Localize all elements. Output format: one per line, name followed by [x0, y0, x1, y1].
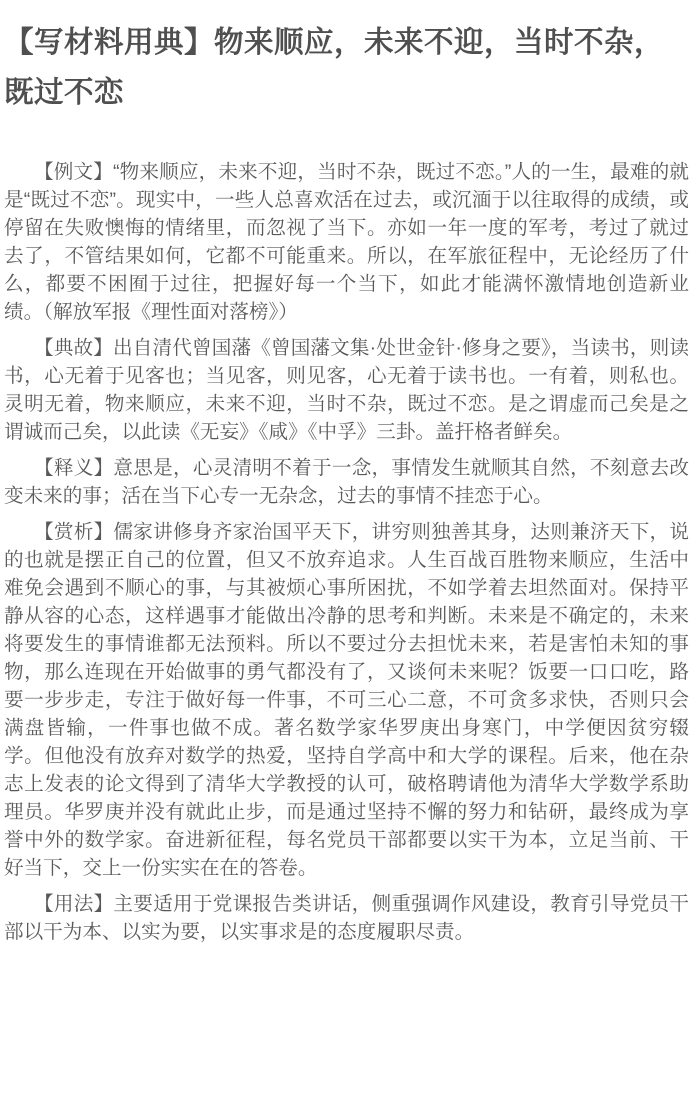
article-title: 【写材料用典】物来顺应，未来不迎，当时不杂，既过不恋 [4, 18, 689, 118]
article-page: 【写材料用典】物来顺应，未来不迎，当时不杂，既过不恋 【例文】“物来顺应，未来不… [0, 0, 693, 1097]
paragraph-diangu: 【典故】出自清代曾国藩《曾国藩文集·处世金针·修身之要》，当读书，则读书，心无着… [4, 334, 689, 446]
paragraph-liwen: 【例文】“物来顺应，未来不迎，当时不杂，既过不恋。”人的一生，最难的就是“既过不… [4, 158, 689, 326]
paragraph-shangxi: 【赏析】儒家讲修身齐家治国平天下，讲穷则独善其身，达则兼济天下，说的也就是摆正自… [4, 518, 689, 882]
paragraph-yongfa: 【用法】主要适用于党课报告类讲话，侧重强调作风建设，教育引导党员干部以干为本、以… [4, 890, 689, 946]
paragraph-shiyi: 【释义】意思是，心灵清明不着于一念，事情发生就顺其自然，不刻意去改变未来的事；活… [4, 454, 689, 510]
